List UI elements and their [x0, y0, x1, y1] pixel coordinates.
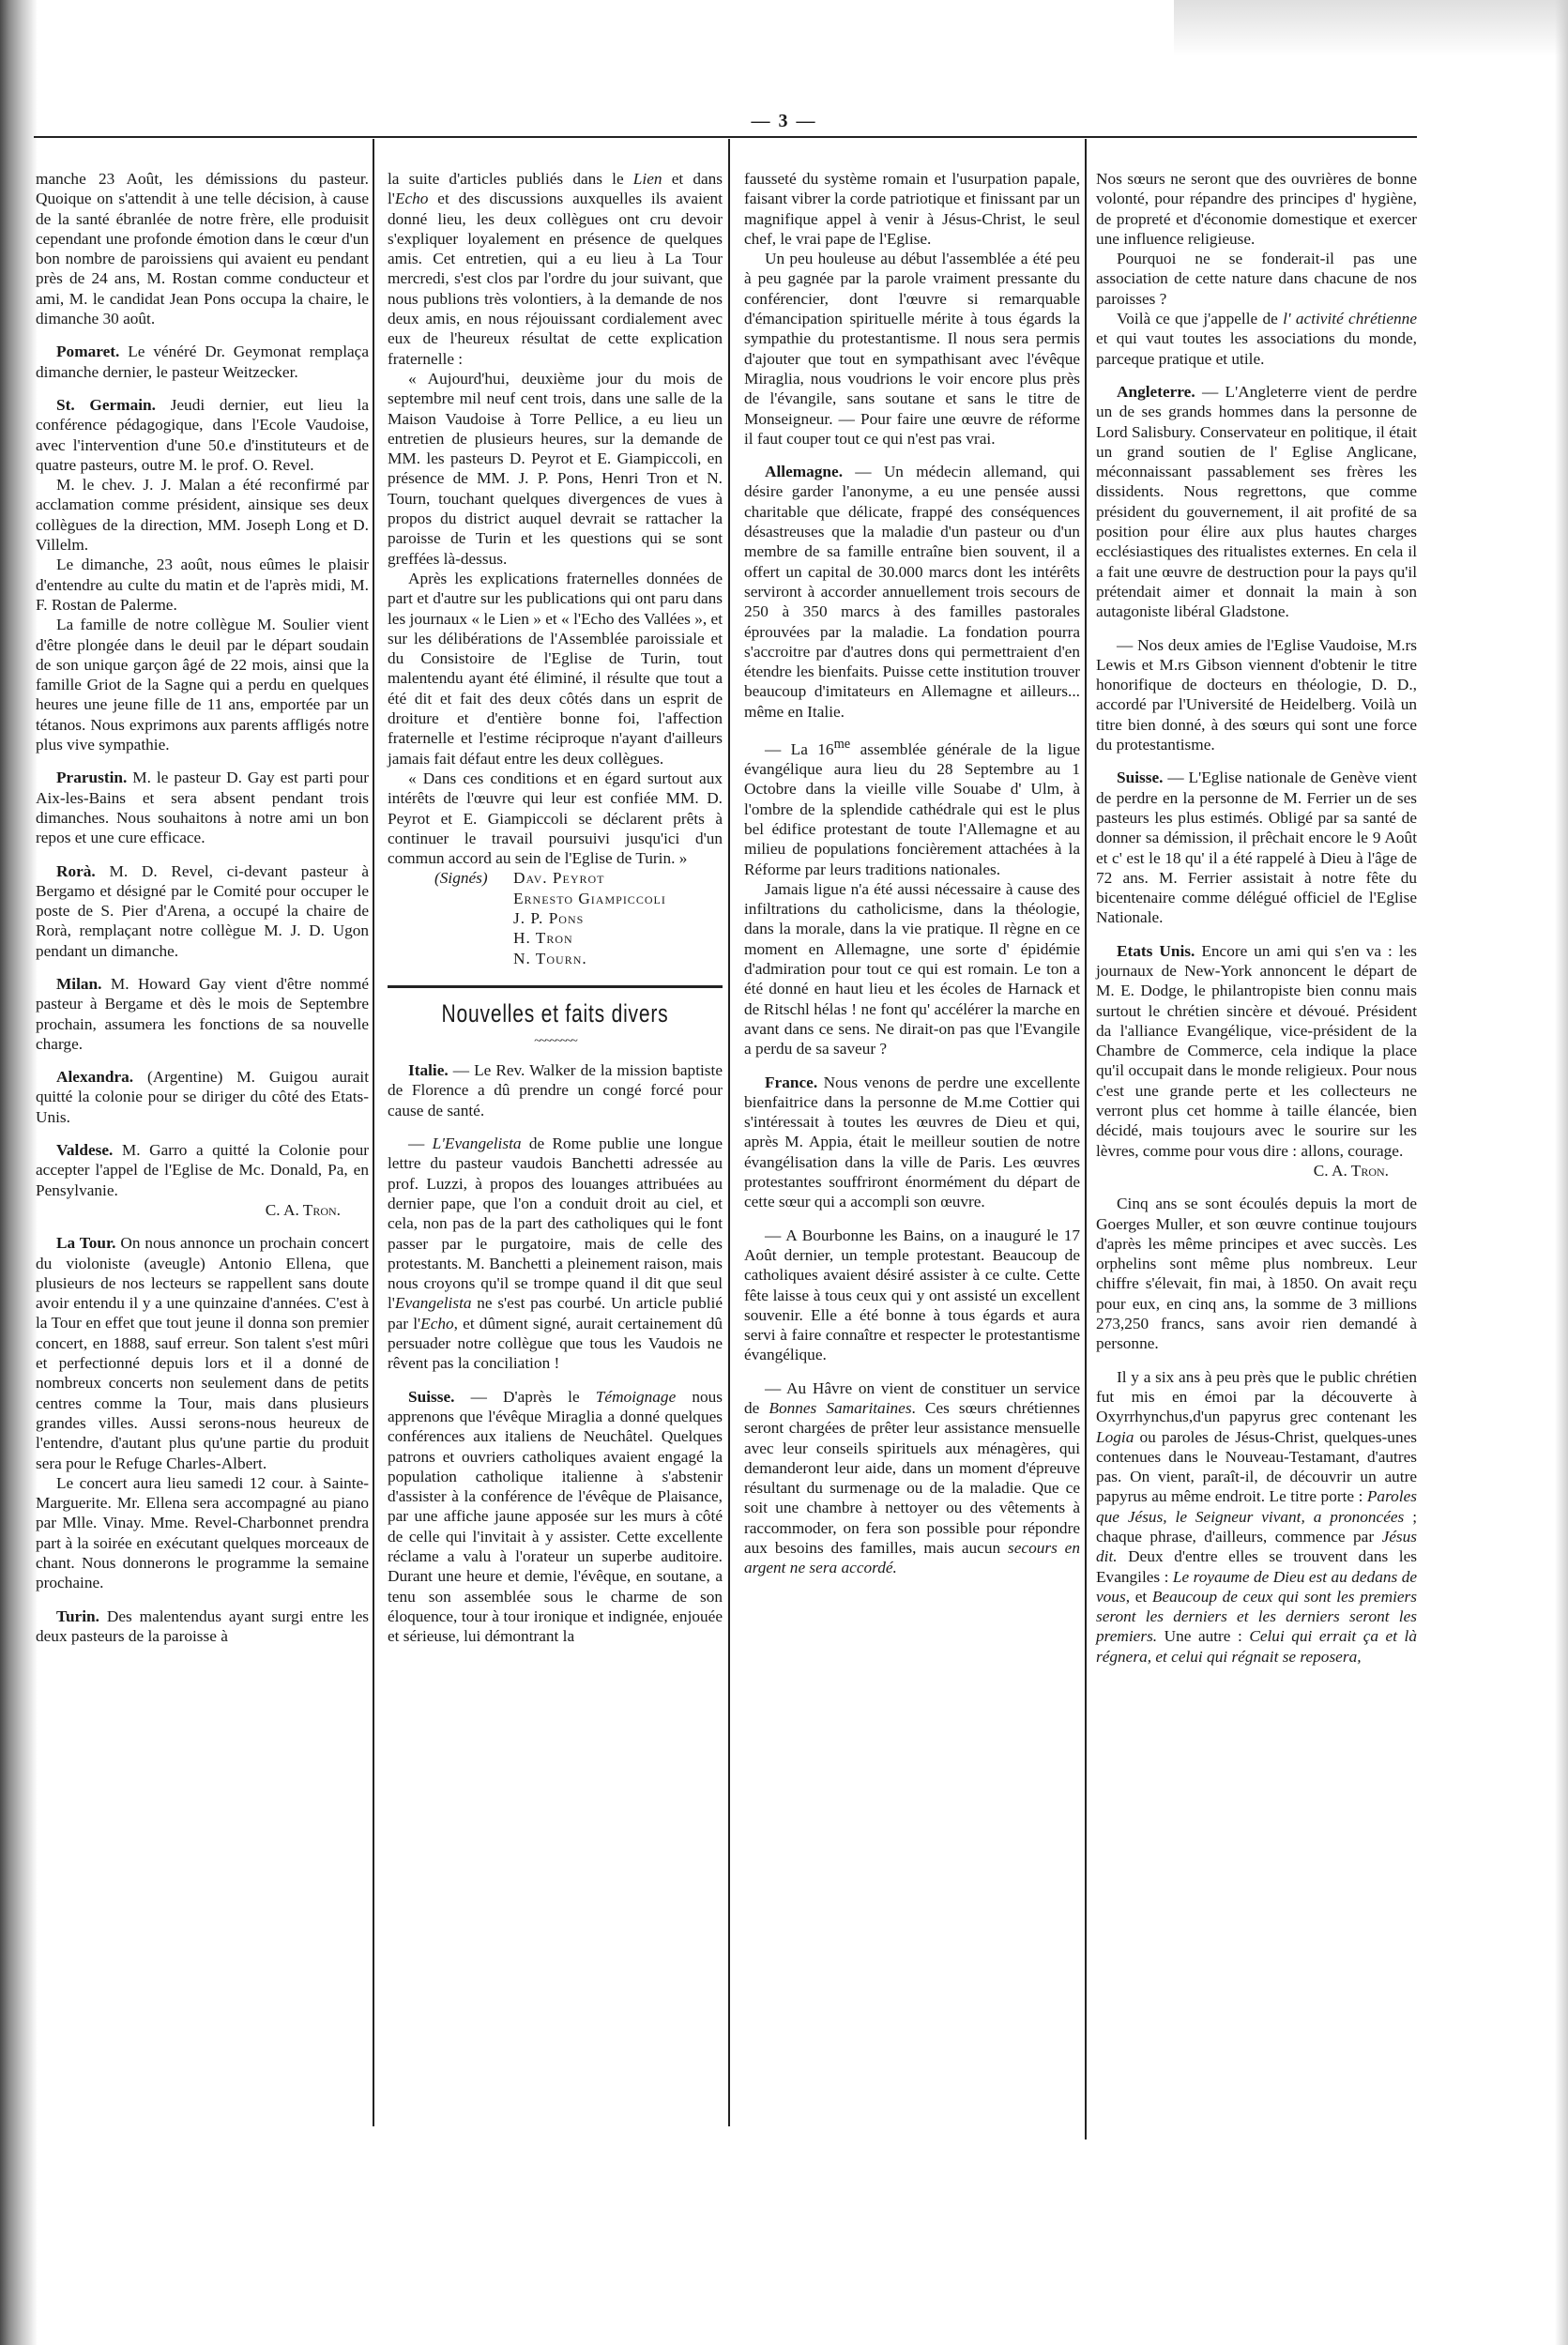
- signer: Dav. Peyrot: [513, 868, 605, 888]
- quoted-statement: « Aujourd'hui, deuxième jour du mois de …: [388, 369, 723, 569]
- article-continued: Nos sœurs ne seront que des ouvrières de…: [1096, 169, 1417, 249]
- news-item-valdese: Valdese. M. Garro a quitté la Colonie po…: [36, 1140, 369, 1200]
- item-heading: Allemagne.: [765, 463, 843, 480]
- column-divider-1: [373, 139, 374, 2126]
- author-signature: C. A. Tron.: [36, 1200, 369, 1220]
- item-heading: Valdese.: [56, 1141, 113, 1159]
- paragraph: Le dimanche, 23 août, nous eûmes le plai…: [36, 555, 369, 615]
- news-item-amies: — Nos deux amies de l'Eglise Vaudoise, M…: [1096, 635, 1417, 755]
- news-item-milan: Milan. M. Howard Gay vient d'être nommé …: [36, 974, 369, 1054]
- quoted-statement: Après les explications fraternelles donn…: [388, 569, 723, 769]
- signer: Ernesto Giampiccoli: [513, 889, 666, 908]
- scan-shadow-top-right: [1174, 0, 1568, 56]
- news-item-rora: Rorà. M. D. Revel, ci-devant pasteur à B…: [36, 861, 369, 961]
- news-item-france: France. Nous venons de perdre une excell…: [744, 1073, 1080, 1212]
- article-continued: la suite d'articles publiés dans le Lien…: [388, 169, 723, 369]
- paragraph: Pourquoi ne se fonderait-il pas une asso…: [1096, 249, 1417, 309]
- column-4: Nos sœurs ne seront que des ouvrières de…: [1096, 169, 1417, 1667]
- news-item-st-germain: St. Germain. Jeudi dernier, eut lieu la …: [36, 395, 369, 475]
- item-heading: Rorà.: [56, 862, 96, 880]
- news-item-la-tour: La Tour. On nous annonce un prochain con…: [36, 1233, 369, 1473]
- news-item-alexandra: Alexandra. (Argentine) M. Guigou aurait …: [36, 1067, 369, 1127]
- news-item-havre: — Au Hâvre on vient de constituer un ser…: [744, 1378, 1080, 1578]
- news-item-angleterre: Angleterre. — L'Angleterre vient de perd…: [1096, 382, 1417, 622]
- scan-shadow-right: [1555, 0, 1568, 2345]
- news-item-suisse-geneve: Suisse. — L'Eglise nationale de Genève v…: [1096, 768, 1417, 927]
- signer: N. Tourn.: [513, 949, 587, 968]
- column-divider-3: [1085, 139, 1087, 2139]
- paragraph: M. le chev. J. J. Malan a été reconfirmé…: [36, 475, 369, 555]
- news-item-evangelista: — L'Evangelista de Rome publie une longu…: [388, 1134, 723, 1374]
- item-heading: Angleterre.: [1117, 383, 1195, 401]
- author-signature: C. A. Tron.: [1096, 1161, 1417, 1180]
- paragraph: Voilà ce que j'appelle de l' activité ch…: [1096, 309, 1417, 369]
- news-item-turin: Turin. Des malentendus ayant surgi entre…: [36, 1606, 369, 1647]
- item-heading: Milan.: [56, 975, 102, 993]
- paragraph: La famille de notre collègue M. Soulier …: [36, 615, 369, 754]
- quoted-statement: « Dans ces conditions et en égard surtou…: [388, 769, 723, 868]
- item-heading: Suisse.: [1117, 769, 1163, 786]
- column-2: la suite d'articles publiés dans le Lien…: [388, 169, 723, 1646]
- signatories: (Signés)Dav. Peyrot Ernesto Giampiccoli …: [388, 868, 723, 967]
- item-heading: La Tour.: [56, 1234, 115, 1252]
- article-continued: fausseté du système romain et l'usurpati…: [744, 169, 1080, 249]
- news-item-pomaret: Pomaret. Le vénéré Dr. Geymonat remplaça…: [36, 342, 369, 382]
- news-item-allemagne: Allemagne. — Un médecin allemand, qui dé…: [744, 462, 1080, 722]
- article-continued: manche 23 Août, les démissions du pasteu…: [36, 169, 369, 328]
- section-rule: [388, 985, 723, 988]
- item-heading: Etats Unis.: [1117, 942, 1195, 960]
- item-heading: France.: [765, 1074, 817, 1091]
- signer: H. Tron: [513, 928, 573, 948]
- column-divider-2: [728, 139, 730, 2126]
- news-item-logia: Il y a six ans à peu près que le public …: [1096, 1367, 1417, 1667]
- news-item-muller: Cinq ans se sont écoulés depuis la mort …: [1096, 1194, 1417, 1353]
- paragraph: Le concert aura lieu samedi 12 cour. à S…: [36, 1473, 369, 1593]
- column-1: manche 23 Août, les démissions du pasteu…: [36, 169, 369, 1646]
- news-item-bourbonne: — A Bourbonne les Bains, on a inauguré l…: [744, 1226, 1080, 1365]
- page-number: — 3 —: [0, 111, 1568, 132]
- header-rule: [34, 136, 1417, 138]
- paragraph: Un peu houleuse au début l'assemblée a é…: [744, 249, 1080, 449]
- news-item-italie: Italie. — Le Rev. Walker de la mission b…: [388, 1060, 723, 1120]
- news-item-prarustin: Prarustin. M. le pasteur D. Gay est part…: [36, 768, 369, 847]
- item-heading: Alexandra.: [56, 1068, 133, 1086]
- item-heading: St. Germain.: [56, 396, 156, 414]
- item-heading: Italie.: [408, 1061, 449, 1079]
- paragraph: Jamais ligue n'a été aussi nécessaire à …: [744, 879, 1080, 1059]
- section-title: Nouvelles et faits divers: [424, 997, 685, 1029]
- item-heading: Pomaret.: [56, 343, 119, 360]
- news-item-etats-unis: Etats Unis. Encore un ami qui s'en va : …: [1096, 941, 1417, 1161]
- news-item-ligue: — La 16me assemblée générale de la ligue…: [744, 735, 1080, 879]
- item-heading: Turin.: [56, 1607, 99, 1625]
- ornament-divider: ~~~~~~~~: [388, 1031, 723, 1051]
- scan-shadow-left: [0, 0, 38, 2345]
- item-heading: Prarustin.: [56, 769, 127, 786]
- column-3: fausseté du système romain et l'usurpati…: [744, 169, 1080, 1578]
- signed-label: (Signés): [434, 868, 513, 888]
- news-item-suisse: Suisse. — D'après le Témoignage nous app…: [388, 1387, 723, 1647]
- item-heading: Suisse.: [408, 1388, 454, 1406]
- signer: J. P. Pons: [513, 908, 584, 928]
